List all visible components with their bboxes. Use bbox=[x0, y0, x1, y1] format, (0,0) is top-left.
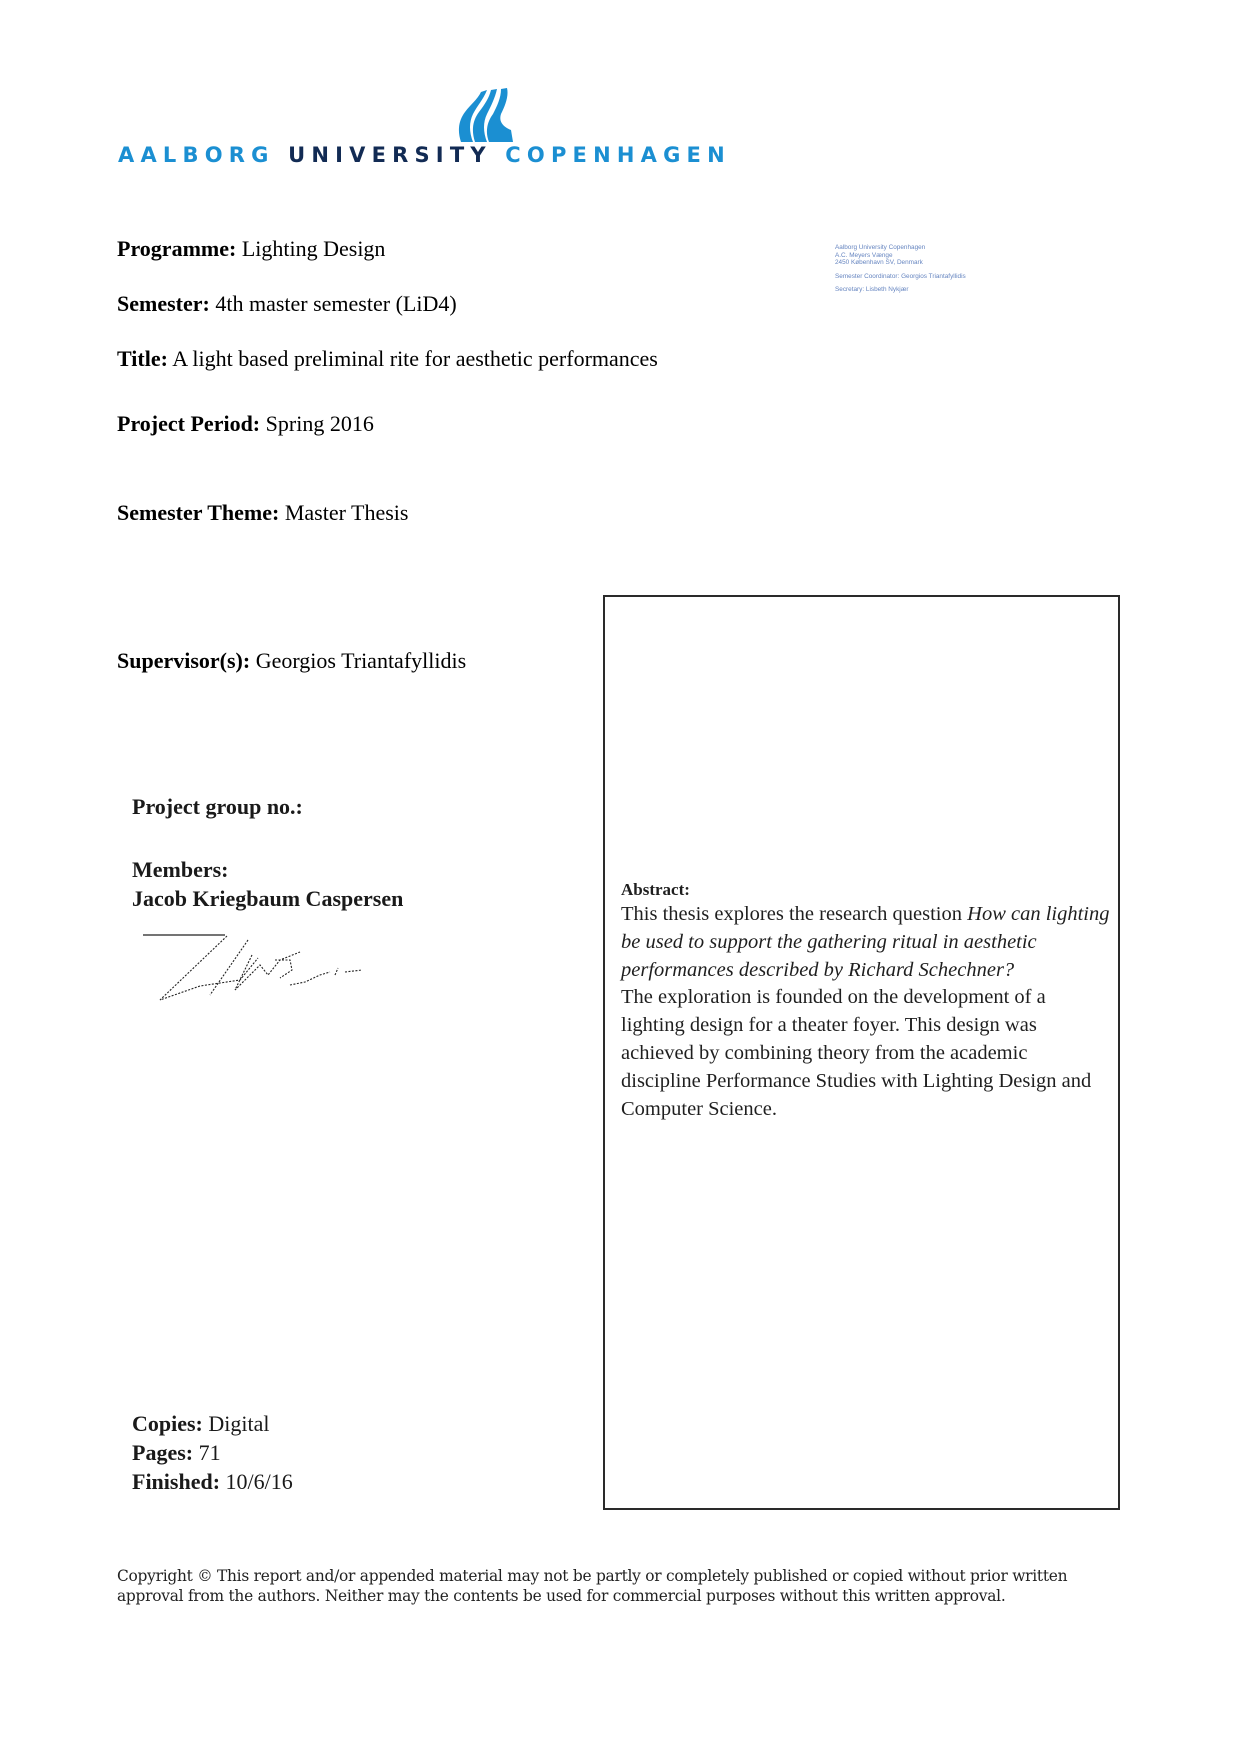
programme-field: Programme: Lighting Design bbox=[117, 236, 385, 262]
project-period-field: Project Period: Spring 2016 bbox=[117, 411, 374, 437]
aau-waves-logo-icon bbox=[455, 86, 515, 142]
semester-coordinator: Semester Coordinator: Georgios Triantafy… bbox=[835, 273, 966, 281]
pages-field: Pages: 71 bbox=[132, 1438, 293, 1467]
project-period-value: Spring 2016 bbox=[266, 411, 374, 436]
abstract-intro: This thesis explores the research questi… bbox=[621, 903, 967, 925]
supervisors-field: Supervisor(s): Georgios Triantafyllidis bbox=[117, 648, 466, 674]
report-details: Copies: Digital Pages: 71 Finished: 10/6… bbox=[132, 1409, 293, 1496]
title-label: Title: bbox=[117, 346, 168, 371]
finished-value: 10/6/16 bbox=[226, 1469, 293, 1494]
semester-value: 4th master semester (LiD4) bbox=[215, 291, 456, 316]
abstract-content: Abstract: This thesis explores the resea… bbox=[621, 879, 1111, 1123]
semester-theme-value: Master Thesis bbox=[285, 500, 409, 525]
copies-value: Digital bbox=[208, 1411, 269, 1436]
handwritten-signature bbox=[140, 930, 410, 1010]
supervisors-value: Georgios Triantafyllidis bbox=[256, 648, 466, 673]
project-group-field: Project group no.: bbox=[132, 794, 303, 820]
pages-label: Pages: bbox=[132, 1440, 193, 1465]
address-line: A.C. Meyers Vænge bbox=[835, 252, 966, 260]
abstract-box: Abstract: This thesis explores the resea… bbox=[603, 595, 1120, 1510]
members-field: Members: Jacob Kriegbaum Caspersen bbox=[132, 855, 403, 913]
abstract-heading: Abstract: bbox=[621, 879, 1111, 901]
semester-label: Semester: bbox=[117, 291, 210, 316]
wordmark-university: UNIVERSITY bbox=[288, 143, 492, 167]
finished-field: Finished: 10/6/16 bbox=[132, 1467, 293, 1496]
finished-label: Finished: bbox=[132, 1469, 220, 1494]
address-line: 2450 København SV, Denmark bbox=[835, 259, 966, 267]
wordmark-aalborg: AALBORG bbox=[118, 143, 275, 167]
project-period-label: Project Period: bbox=[117, 411, 260, 436]
abstract-body: The exploration is founded on the develo… bbox=[621, 986, 1091, 1119]
wordmark-copenhagen: COPENHAGEN bbox=[505, 143, 731, 167]
members-label: Members: bbox=[132, 857, 229, 882]
semester-field: Semester: 4th master semester (LiD4) bbox=[117, 291, 457, 317]
supervisors-label: Supervisor(s): bbox=[117, 648, 250, 673]
university-wordmark: AALBORG UNIVERSITY COPENHAGEN bbox=[118, 140, 818, 170]
member-name: Jacob Kriegbaum Caspersen bbox=[132, 886, 403, 911]
secretary: Secretary: Lisbeth Nykjær bbox=[835, 286, 966, 294]
abstract-text: This thesis explores the research questi… bbox=[621, 901, 1111, 1123]
copyright-notice: Copyright © This report and/or appended … bbox=[117, 1566, 1127, 1606]
programme-label: Programme: bbox=[117, 236, 236, 261]
pages-value: 71 bbox=[199, 1440, 221, 1465]
address-line: Aalborg University Copenhagen bbox=[835, 244, 966, 252]
copies-field: Copies: Digital bbox=[132, 1409, 293, 1438]
project-group-label: Project group no.: bbox=[132, 794, 303, 819]
title-value: A light based preliminal rite for aesthe… bbox=[172, 346, 658, 371]
semester-theme-label: Semester Theme: bbox=[117, 500, 279, 525]
university-address-block: Aalborg University Copenhagen A.C. Meyer… bbox=[835, 244, 966, 294]
title-field: Title: A light based preliminal rite for… bbox=[117, 346, 658, 372]
programme-value: Lighting Design bbox=[242, 236, 386, 261]
semester-theme-field: Semester Theme: Master Thesis bbox=[117, 500, 408, 526]
copies-label: Copies: bbox=[132, 1411, 203, 1436]
